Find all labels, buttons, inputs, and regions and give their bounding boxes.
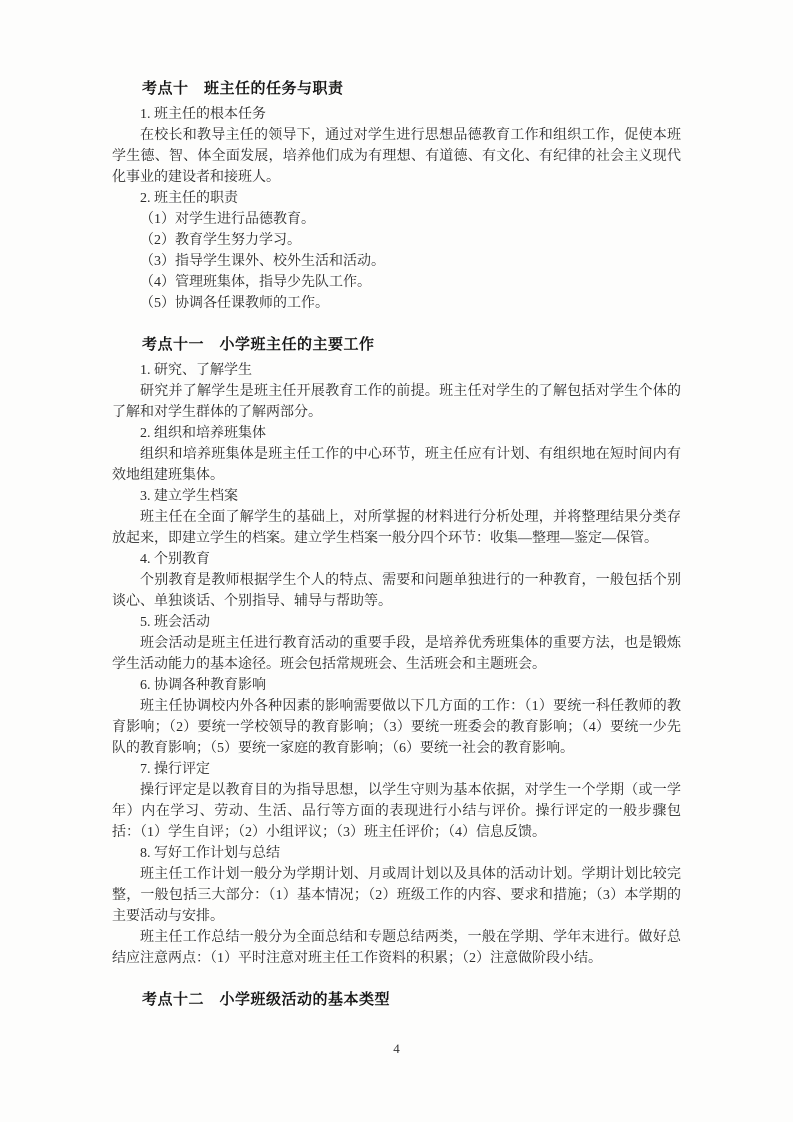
paragraph: 6. 协调各种教育影响 (112, 675, 681, 696)
section-kaodian-12: 考点十二 小学班级活动的基本类型 (112, 989, 681, 1010)
section-kaodian-11: 考点十一 小学班主任的主要工作 1. 研究、了解学生研究并了解学生是班主任开展教… (112, 334, 681, 969)
paragraph: 班主任在全面了解学生的基础上，对所掌握的材料进行分析处理，并将整理结果分类存放起… (112, 507, 681, 549)
paragraph: 2. 组织和培养班集体 (112, 423, 681, 444)
paragraph: 4. 个别教育 (112, 549, 681, 570)
paragraph: 班主任工作计划一般分为学期计划、月或周计划以及具体的活动计划。学期计划比较完整，… (112, 864, 681, 927)
document-body: 考点十 班主任的任务与职责 1. 班主任的根本任务在校长和教导主任的领导下，通过… (112, 78, 681, 1010)
paragraph: 2. 班主任的职责 (112, 188, 681, 209)
page-footer: 4 (0, 1040, 793, 1058)
paragraph: 个别教育是教师根据学生个人的特点、需要和问题单独进行的一种教育，一般包括个别谈心… (112, 570, 681, 612)
section-heading-kaodian-10: 考点十 班主任的任务与职责 (112, 78, 681, 99)
paragraph: 8. 写好工作计划与总结 (112, 843, 681, 864)
paragraph: 组织和培养班集体是班主任工作的中心环节，班主任应有计划、有组织地在短时间内有效地… (112, 444, 681, 486)
document-page: 考点十 班主任的任务与职责 1. 班主任的根本任务在校长和教导主任的领导下，通过… (0, 0, 793, 1122)
section-kaodian-10: 考点十 班主任的任务与职责 1. 班主任的根本任务在校长和教导主任的领导下，通过… (112, 78, 681, 314)
paragraph: 7. 操行评定 (112, 759, 681, 780)
paragraph: 操行评定是以教育目的为指导思想，以学生守则为基本依据，对学生一个学期（或一学年）… (112, 780, 681, 843)
paragraph: 研究并了解学生是班主任开展教育工作的前提。班主任对学生的了解包括对学生个体的了解… (112, 381, 681, 423)
section-heading-kaodian-12: 考点十二 小学班级活动的基本类型 (112, 989, 681, 1010)
paragraph: （3）指导学生课外、校外生活和活动。 (112, 251, 681, 272)
paragraph: 5. 班会活动 (112, 612, 681, 633)
paragraph: 班主任工作总结一般分为全面总结和专题总结两类，一般在学期、学年末进行。做好总结应… (112, 927, 681, 969)
paragraph: 班主任协调校内外各种因素的影响需要做以下几方面的工作：（1）要统一科任教师的教育… (112, 696, 681, 759)
paragraph: （4）管理班集体，指导少先队工作。 (112, 272, 681, 293)
paragraph: （1）对学生进行品德教育。 (112, 209, 681, 230)
paragraph: （5）协调各任课教师的工作。 (112, 293, 681, 314)
paragraph: （2）教育学生努力学习。 (112, 230, 681, 251)
page-number: 4 (393, 1041, 400, 1056)
paragraph: 1. 研究、了解学生 (112, 360, 681, 381)
paragraph: 1. 班主任的根本任务 (112, 104, 681, 125)
paragraph: 在校长和教导主任的领导下，通过对学生进行思想品德教育工作和组织工作，促使本班学生… (112, 125, 681, 188)
paragraph: 班会活动是班主任进行教育活动的重要手段，是培养优秀班集体的重要方法，也是锻炼学生… (112, 633, 681, 675)
section-heading-kaodian-11: 考点十一 小学班主任的主要工作 (112, 334, 681, 355)
paragraph: 3. 建立学生档案 (112, 486, 681, 507)
